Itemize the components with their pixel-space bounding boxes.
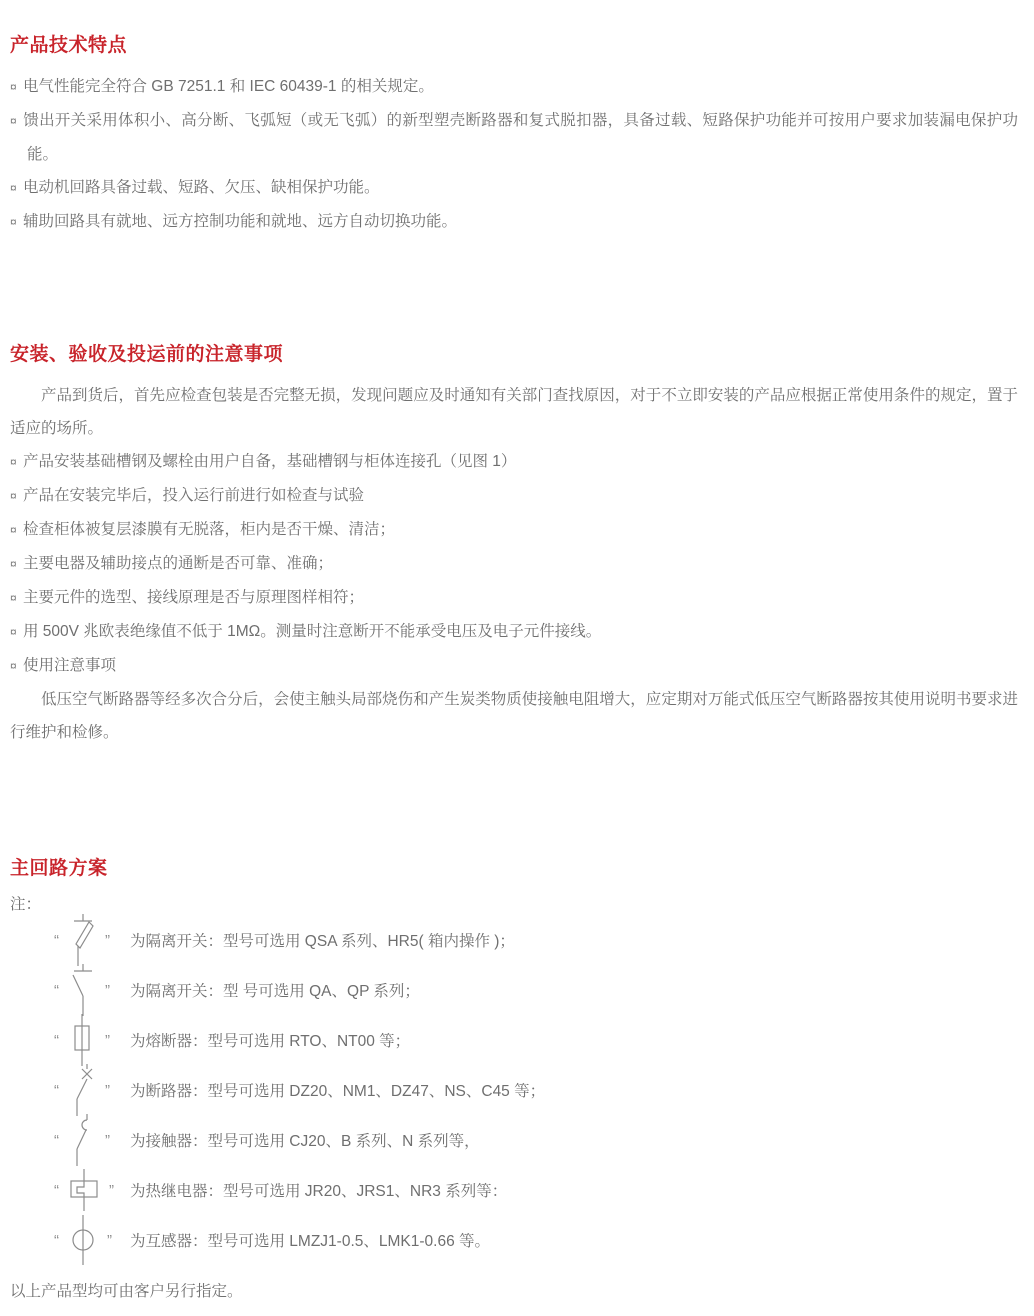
legend-text: 为热继电器：型号可选用 JR20、JRS1、NR3 系列等：: [130, 1179, 507, 1201]
feature-bullet: ¤电气性能完全符合 GB 7251.1 和 IEC 60439-1 的相关规定。: [10, 70, 1018, 104]
legend-text: 为断路器：型号可选用 DZ20、NM1、DZ47、NS、C45 等；: [130, 1079, 545, 1101]
install-outro-paragraph: 低压空气断路器等经多次合分后，会使主触头局部烧伤和产生炭类物质使接触电阻增大，应…: [10, 683, 1018, 749]
section-title-install: 安装、验收及投运前的注意事项: [10, 343, 1018, 367]
open-quote: “: [54, 933, 59, 948]
feature-bullet: ¤馈出开关采用体积小、高分断、飞弧短（或无飞弧）的新型塑壳断路器和复式脱扣器，具…: [10, 104, 1018, 171]
close-quote: ”: [105, 983, 110, 998]
bullet-marker-icon: ¤: [10, 548, 23, 581]
bullet-marker-icon: ¤: [10, 650, 23, 683]
section-title-main-circuit: 主回路方案: [10, 857, 1018, 881]
install-intro-paragraph: 产品到货后，首先应检查包装是否完整无损，发现问题应及时通知有关部门查找原因，对于…: [10, 379, 1018, 445]
install-bullet-text: 用 500V 兆欧表绝缘值不低于 1MΩ。测量时注意断开不能承受电压及电子元件接…: [23, 623, 601, 640]
note-label: 注：: [10, 895, 1018, 915]
open-quote: “: [54, 1183, 59, 1198]
open-quote: “: [54, 1033, 59, 1048]
install-bullet-text: 产品在安装完毕后，投入运行前进行如检查与试验: [23, 487, 364, 504]
symbol-cell: “ ”: [10, 1113, 130, 1167]
thermal-relay-icon: [64, 1165, 104, 1215]
legend-row: “ ” 为隔离开关：型 号可选用 QA、QP 系列；: [10, 965, 1018, 1015]
symbol-cell: “ ”: [10, 1165, 130, 1215]
feature-bullet-text: 电气性能完全符合 GB 7251.1 和 IEC 60439-1 的相关规定。: [23, 78, 434, 95]
bullet-marker-icon: ¤: [10, 71, 23, 104]
symbol-cell: “ ”: [10, 963, 130, 1017]
install-bullet: ¤主要电器及辅助接点的通断是否可靠、准确；: [10, 547, 1018, 581]
feature-bullet-text: 电动机回路具备过载、短路、欠压、缺相保护功能。: [23, 179, 380, 196]
bullet-marker-icon: ¤: [10, 105, 23, 138]
symbol-cell: “ ”: [10, 1213, 130, 1267]
close-quote: ”: [109, 1183, 114, 1198]
legend-text: 为互感器：型号可选用 LMZJ1-0.5、LMK1-0.66 等。: [130, 1229, 490, 1251]
close-quote: ”: [107, 1233, 112, 1248]
circuit-breaker-icon: [64, 1063, 100, 1117]
bullet-marker-icon: ¤: [10, 480, 23, 513]
open-quote: “: [54, 1133, 59, 1148]
install-bullet: ¤产品在安装完毕后，投入运行前进行如检查与试验: [10, 479, 1018, 513]
install-content: 产品到货后，首先应检查包装是否完整无损，发现问题应及时通知有关部门查找原因，对于…: [10, 379, 1018, 749]
symbol-legend: “ ” 为隔离开关：型号可选用 QSA 系列、HR5( 箱内操作 )； “: [10, 915, 1018, 1265]
install-bullet-text: 产品安装基础槽钢及螺栓由用户自备，基础槽钢与柜体连接孔（见图 1）: [23, 453, 516, 470]
feature-bullet: ¤电动机回路具备过载、短路、欠压、缺相保护功能。: [10, 171, 1018, 205]
install-bullet-text: 主要元件的选型、接线原理是否与原理图样相符；: [23, 589, 364, 606]
legend-row: “ ” 为断路器：型号可选用 DZ20、NM1、DZ47、NS、C45 等；: [10, 1065, 1018, 1115]
contactor-icon: [64, 1113, 100, 1167]
legend-text: 为熔断器：型号可选用 RTO、NT00 等；: [130, 1029, 410, 1051]
bullet-marker-icon: ¤: [10, 582, 23, 615]
install-bullet-text: 检查柜体被复层漆膜有无脱落，柜内是否干燥、清洁；: [23, 521, 395, 538]
bullet-marker-icon: ¤: [10, 172, 23, 205]
install-bullet: ¤检查柜体被复层漆膜有无脱落，柜内是否干燥、清洁；: [10, 513, 1018, 547]
bullet-marker-icon: ¤: [10, 206, 23, 239]
section-spacer: [10, 749, 1018, 857]
document-page: 产品技术特点 ¤电气性能完全符合 GB 7251.1 和 IEC 60439-1…: [0, 0, 1034, 1308]
features-list: ¤电气性能完全符合 GB 7251.1 和 IEC 60439-1 的相关规定。…: [10, 70, 1018, 239]
legend-footer-note: 以上产品型均可由客户另行指定。: [10, 1275, 1018, 1308]
bullet-marker-icon: ¤: [10, 446, 23, 479]
close-quote: ”: [105, 1033, 110, 1048]
install-bullet: ¤产品安装基础槽钢及螺栓由用户自备，基础槽钢与柜体连接孔（见图 1）: [10, 445, 1018, 479]
feature-bullet-text: 辅助回路具有就地、远方控制功能和就地、远方自动切换功能。: [23, 213, 457, 230]
install-bullet: ¤主要元件的选型、接线原理是否与原理图样相符；: [10, 581, 1018, 615]
current-transformer-icon: [64, 1213, 102, 1267]
knife-isolator-icon: [64, 963, 100, 1017]
install-bullet: ¤使用注意事项: [10, 649, 1018, 683]
close-quote: ”: [105, 933, 110, 948]
feature-bullet-text: 馈出开关采用体积小、高分断、飞弧短（或无飞弧）的新型塑壳断路器和复式脱扣器，具备…: [23, 112, 1018, 163]
fuse-icon: [64, 1013, 100, 1067]
legend-row: “ ” 为接触器：型号可选用 CJ20、B 系列、N 系列等，: [10, 1115, 1018, 1165]
symbol-cell: “ ”: [10, 913, 130, 967]
feature-bullet: ¤辅助回路具有就地、远方控制功能和就地、远方自动切换功能。: [10, 205, 1018, 239]
install-bullet-text: 使用注意事项: [23, 657, 116, 674]
legend-row: “ ” 为互感器：型号可选用 LMZJ1-0.5、LMK1-0.66 等。: [10, 1215, 1018, 1265]
bullet-marker-icon: ¤: [10, 616, 23, 649]
open-quote: “: [54, 1233, 59, 1248]
legend-row: “ ” 为热继电器：型号可选用 JR20、JRS1、NR3 系列等：: [10, 1165, 1018, 1215]
symbol-cell: “ ”: [10, 1063, 130, 1117]
legend-text: 为隔离开关：型 号可选用 QA、QP 系列；: [130, 979, 420, 1001]
section-title-features: 产品技术特点: [10, 34, 1018, 58]
legend-row: “ ” 为隔离开关：型号可选用 QSA 系列、HR5( 箱内操作 )；: [10, 915, 1018, 965]
legend-row: “ ” 为熔断器：型号可选用 RTO、NT00 等；: [10, 1015, 1018, 1065]
section-spacer: [10, 239, 1018, 343]
legend-text: 为隔离开关：型号可选用 QSA 系列、HR5( 箱内操作 )；: [130, 929, 515, 951]
open-quote: “: [54, 983, 59, 998]
install-bullet: ¤用 500V 兆欧表绝缘值不低于 1MΩ。测量时注意断开不能承受电压及电子元件…: [10, 615, 1018, 649]
blade-isolator-icon: [64, 913, 100, 967]
symbol-cell: “ ”: [10, 1013, 130, 1067]
install-bullet-text: 主要电器及辅助接点的通断是否可靠、准确；: [23, 555, 333, 572]
legend-text: 为接触器：型号可选用 CJ20、B 系列、N 系列等，: [130, 1129, 480, 1151]
close-quote: ”: [105, 1083, 110, 1098]
close-quote: ”: [105, 1133, 110, 1148]
bullet-marker-icon: ¤: [10, 514, 23, 547]
open-quote: “: [54, 1083, 59, 1098]
